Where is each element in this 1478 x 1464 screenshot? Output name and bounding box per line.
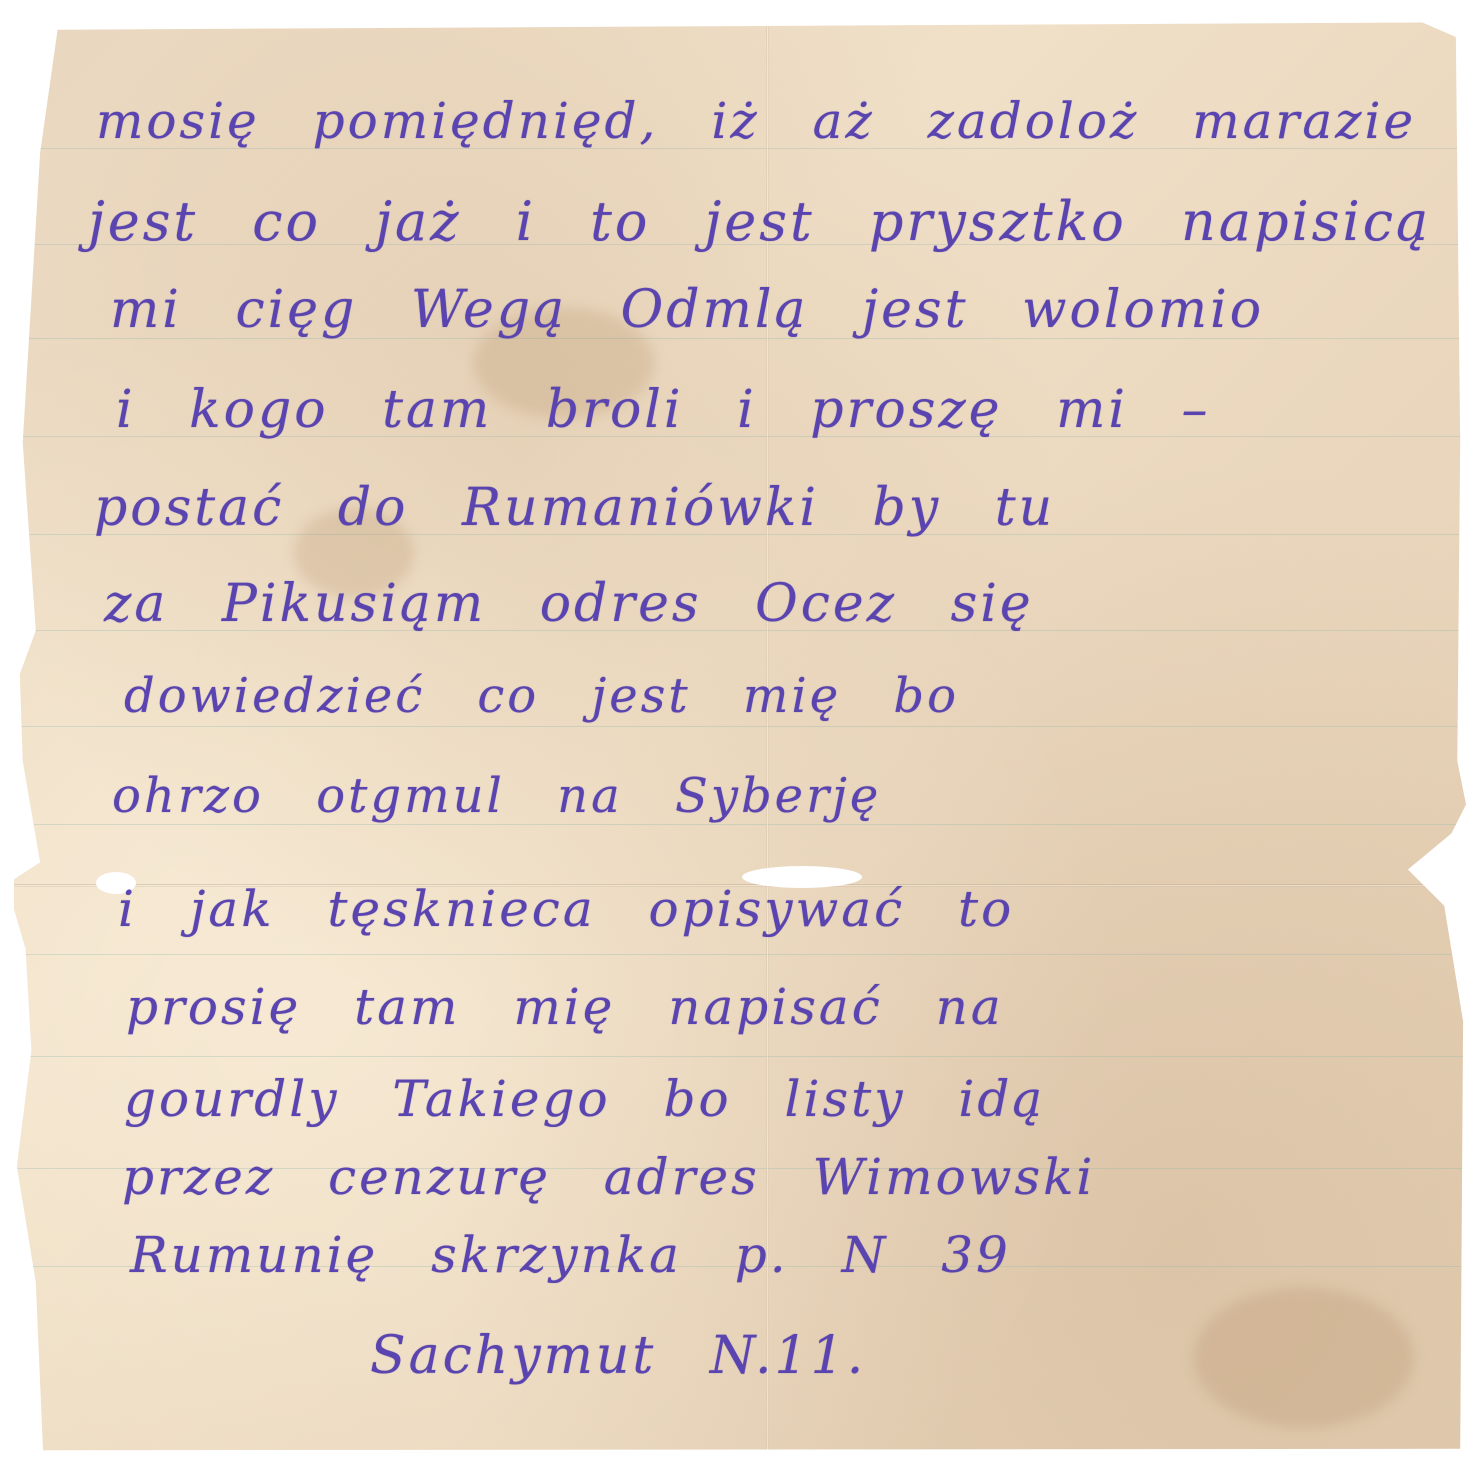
letter-line-7: dowiedzieć co jest mię bo	[124, 668, 959, 724]
letter-line-9: i jak tęsknieca opisywać to	[118, 880, 1014, 938]
letter-line-6: za Pikusiąm odres Ocez się	[104, 574, 1034, 634]
letter-line-2: jest co jaż i to jest prysztko napisicą	[88, 190, 1431, 253]
ruled-line	[14, 824, 1466, 825]
letter-line-4: i kogo tam broli i proszę mi –	[116, 380, 1211, 440]
letter-signature-line: Sachymut N.11.	[370, 1326, 866, 1386]
letter-line-13: Rumunię skrzynka p. N 39	[130, 1226, 1011, 1284]
paper-stain	[1194, 1288, 1414, 1428]
letter-line-10: prosię tam mię napisać na	[126, 978, 1004, 1036]
ruled-line	[14, 726, 1466, 727]
letter-line-3: mi cięg Wegą Odmlą jest wolomio	[110, 280, 1264, 340]
letter-line-12: przez cenzurę adres Wimowski	[122, 1148, 1095, 1206]
letter-line-5: postać do Rumaniówki by tu	[94, 478, 1055, 538]
ruled-line	[14, 954, 1466, 955]
letter-line-11: gourdly Takiego bo listy idą	[124, 1070, 1045, 1128]
ruled-line	[14, 1056, 1466, 1057]
letter-line-8: ohrzo otgmul na Syberję	[112, 768, 881, 824]
letter-line-1: mosię pomiędnięd, iż aż zadoloż marazie	[96, 92, 1416, 150]
